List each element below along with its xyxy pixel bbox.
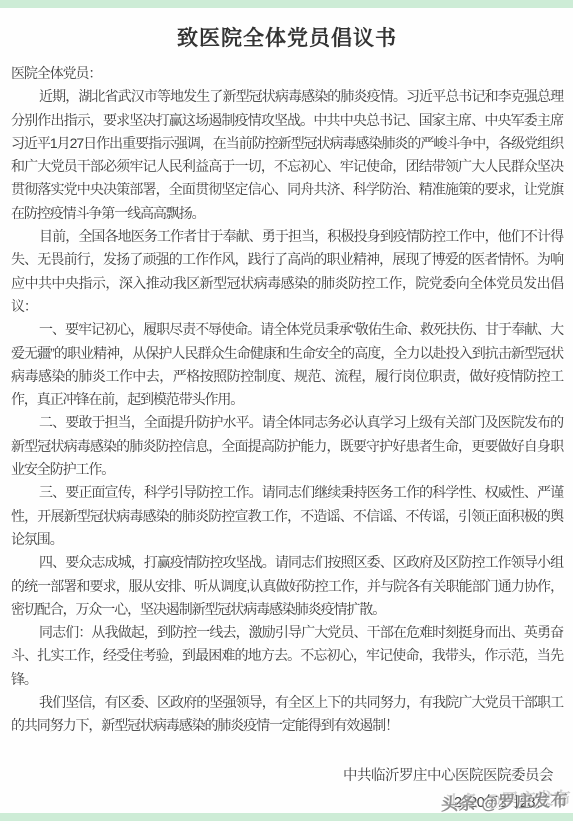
paragraph-item-1: 一、要牢记初心，履职尽责不辱使命。请全体党员秉承“敬佑生命、救死扶伤、甘于奉献、…	[11, 318, 563, 411]
salutation: 医院全体党员：	[11, 62, 563, 85]
paragraph-item-4: 四、要众志成城，打赢疫情防控攻坚战。请同志们按照区委、区政府及区防控工作领导小组…	[11, 551, 563, 621]
bottom-green-border	[0, 813, 573, 821]
document-page: 致医院全体党员倡议书 医院全体党员： 近期，湖北省武汉市等地发生了新型冠状病毒感…	[0, 0, 573, 824]
paragraph-call: 同志们：从我做起，到防控一线去，激励引导广大党员、干部在危难时刻挺身而出、英勇奋…	[11, 621, 563, 691]
top-green-border	[0, 0, 573, 8]
document-title: 致医院全体党员倡议书	[11, 22, 563, 52]
signature-organization: 中共临沂罗庄中心医院医院委员会	[11, 764, 553, 785]
document-body: 致医院全体党员倡议书 医院全体党员： 近期，湖北省武汉市等地发生了新型冠状病毒感…	[0, 0, 573, 812]
paragraph-closing: 我们坚信，有区委、区政府的坚强领导，有全区上下的共同努力，有我院广大党员干部职工…	[11, 691, 563, 738]
paragraph-item-3: 三、要正面宣传，科学引导防控工作。请同志们继续秉持医务工作的科学性、权威性、严谨…	[11, 481, 563, 551]
paragraph-context: 目前，全国各地医务工作者甘于奉献、勇于担当，积极投身到疫情防控工作中，他们不计得…	[11, 225, 563, 318]
paragraph-intro: 近期，湖北省武汉市等地发生了新型冠状病毒感染的肺炎疫情。习近平总书记和李克强总理…	[11, 85, 563, 225]
toutiao-watermark: 头条 @罗庄发布	[441, 786, 568, 815]
paragraph-item-2: 二、要敢于担当，全面提升防护水平。请全体同志务必认真学习上级有关部门及医院发布的…	[11, 411, 563, 481]
